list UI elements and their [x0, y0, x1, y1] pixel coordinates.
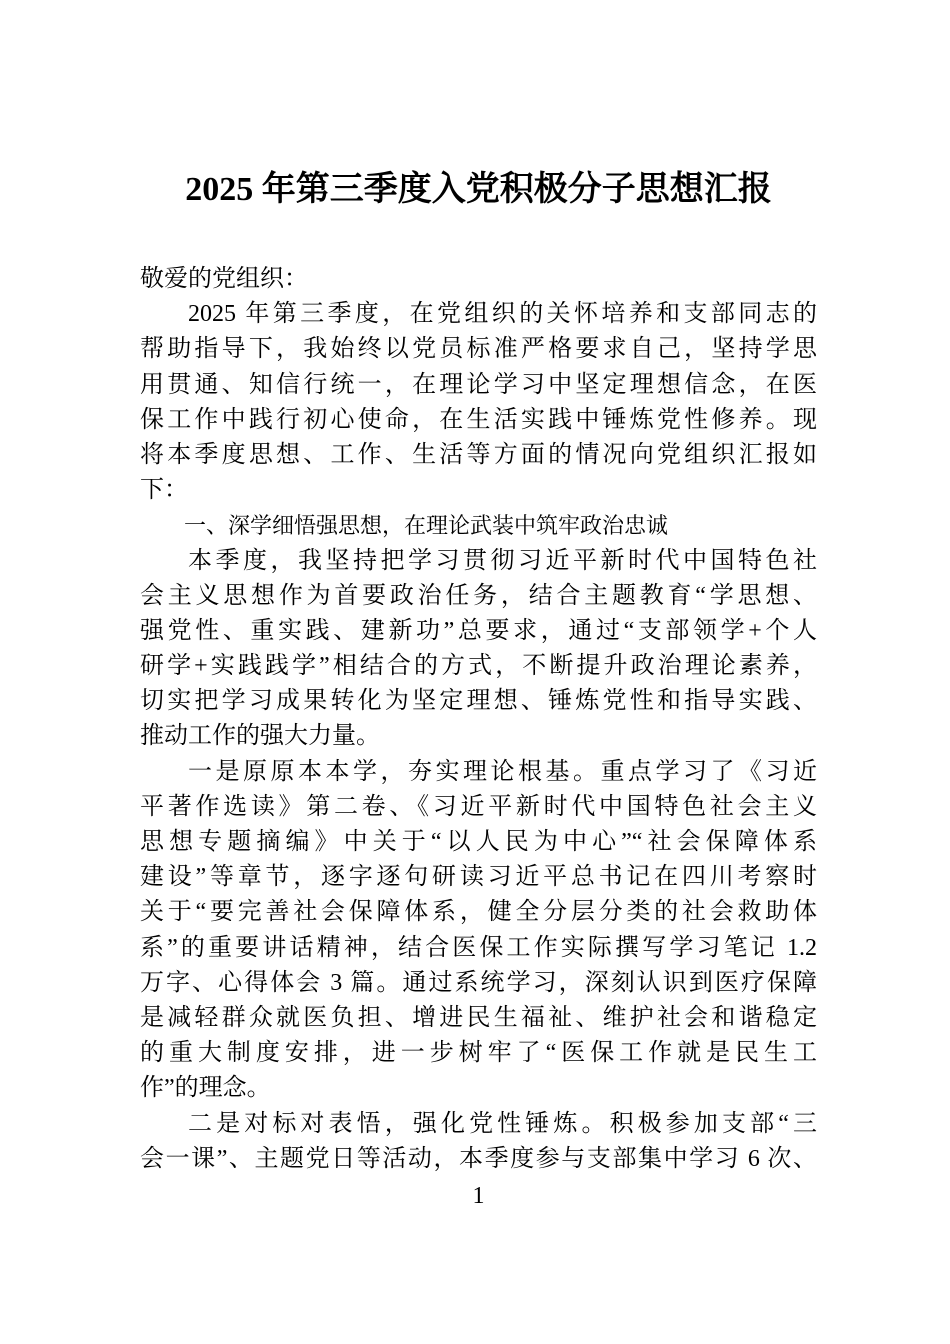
- paragraph-line: 思想专题摘编》中关于“以人民为中心”“社会保障体系: [140, 825, 817, 860]
- paragraph-line: 是减轻群众就医负担、增进民生福祉、维护社会和谐稳定: [140, 1001, 817, 1036]
- paragraph-line: 系”的重要讲话精神，结合医保工作实际撰写学习笔记 1.2: [140, 931, 817, 966]
- salutation: 敬爱的党组织：: [140, 262, 817, 297]
- paragraph-line: 作”的理念。: [140, 1071, 817, 1106]
- section-heading: 一、深学细悟强思想，在理论武装中筑牢政治忠诚: [140, 508, 817, 543]
- paragraph-line: 保工作中践行初心使命，在生活实践中锤炼党性修养。现: [140, 403, 817, 438]
- section: 一、深学细悟强思想，在理论武装中筑牢政治忠诚: [140, 508, 817, 543]
- paragraph-line: 研学+实践践学”相结合的方式，不断提升政治理论素养，: [140, 649, 817, 684]
- paragraph-line: 平著作选读》第二卷、《习近平新时代中国特色社会主义: [140, 790, 817, 825]
- paragraph-line: 建设”等章节，逐字逐句研读习近平总书记在四川考察时: [140, 860, 817, 895]
- paragraph: 本季度，我坚持把学习贯彻习近平新时代中国特色社 会主义思想作为首要政治任务，结合…: [140, 544, 817, 755]
- paragraph-line: 推动工作的强大力量。: [140, 719, 817, 754]
- document-body: 敬爱的党组织： 2025 年第三季度，在党组织的关怀培养和支部同志的 帮助指导下…: [140, 262, 817, 1177]
- page-number: 1: [140, 1181, 817, 1211]
- paragraph-line: 二是对标对表悟，强化党性锤炼。积极参加支部“三: [140, 1107, 817, 1142]
- paragraph: 一是原原本本学，夯实理论根基。重点学习了《习近 平著作选读》第二卷、《习近平新时…: [140, 755, 817, 1107]
- paragraph-line: 万字、心得体会 3 篇。通过系统学习，深刻认识到医疗保障: [140, 966, 817, 1001]
- paragraph-line: 切实把学习成果转化为坚定理想、锤炼党性和指导实践、: [140, 684, 817, 719]
- paragraph-line: 会一课”、主题党日等活动，本季度参与支部集中学习 6 次、: [140, 1142, 817, 1177]
- paragraph-line: 2025 年第三季度，在党组织的关怀培养和支部同志的: [140, 297, 817, 332]
- paragraph-line: 下：: [140, 473, 817, 508]
- paragraph-line: 帮助指导下，我始终以党员标准严格要求自己，坚持学思: [140, 332, 817, 367]
- document-title: 2025 年第三季度入党积极分子思想汇报: [140, 168, 817, 212]
- paragraph-line: 关于“要完善社会保障体系，健全分层分类的社会救助体: [140, 895, 817, 930]
- document-page: 2025 年第三季度入党积极分子思想汇报 敬爱的党组织： 2025 年第三季度，…: [0, 0, 950, 1344]
- paragraph-line: 会主义思想作为首要政治任务，结合主题教育“学思想、: [140, 579, 817, 614]
- paragraph-line: 一是原原本本学，夯实理论根基。重点学习了《习近: [140, 755, 817, 790]
- paragraph-line: 本季度，我坚持把学习贯彻习近平新时代中国特色社: [140, 544, 817, 579]
- paragraph-line: 用贯通、知信行统一，在理论学习中坚定理想信念，在医: [140, 368, 817, 403]
- paragraph: 2025 年第三季度，在党组织的关怀培养和支部同志的 帮助指导下，我始终以党员标…: [140, 297, 817, 508]
- paragraph-line: 的重大制度安排，进一步树牢了“医保工作就是民生工: [140, 1036, 817, 1071]
- paragraph-line: 将本季度思想、工作、生活等方面的情况向党组织汇报如: [140, 438, 817, 473]
- paragraph-line: 强党性、重实践、建新功”总要求，通过“支部领学+个人: [140, 614, 817, 649]
- paragraph: 二是对标对表悟，强化党性锤炼。积极参加支部“三 会一课”、主题党日等活动，本季度…: [140, 1107, 817, 1177]
